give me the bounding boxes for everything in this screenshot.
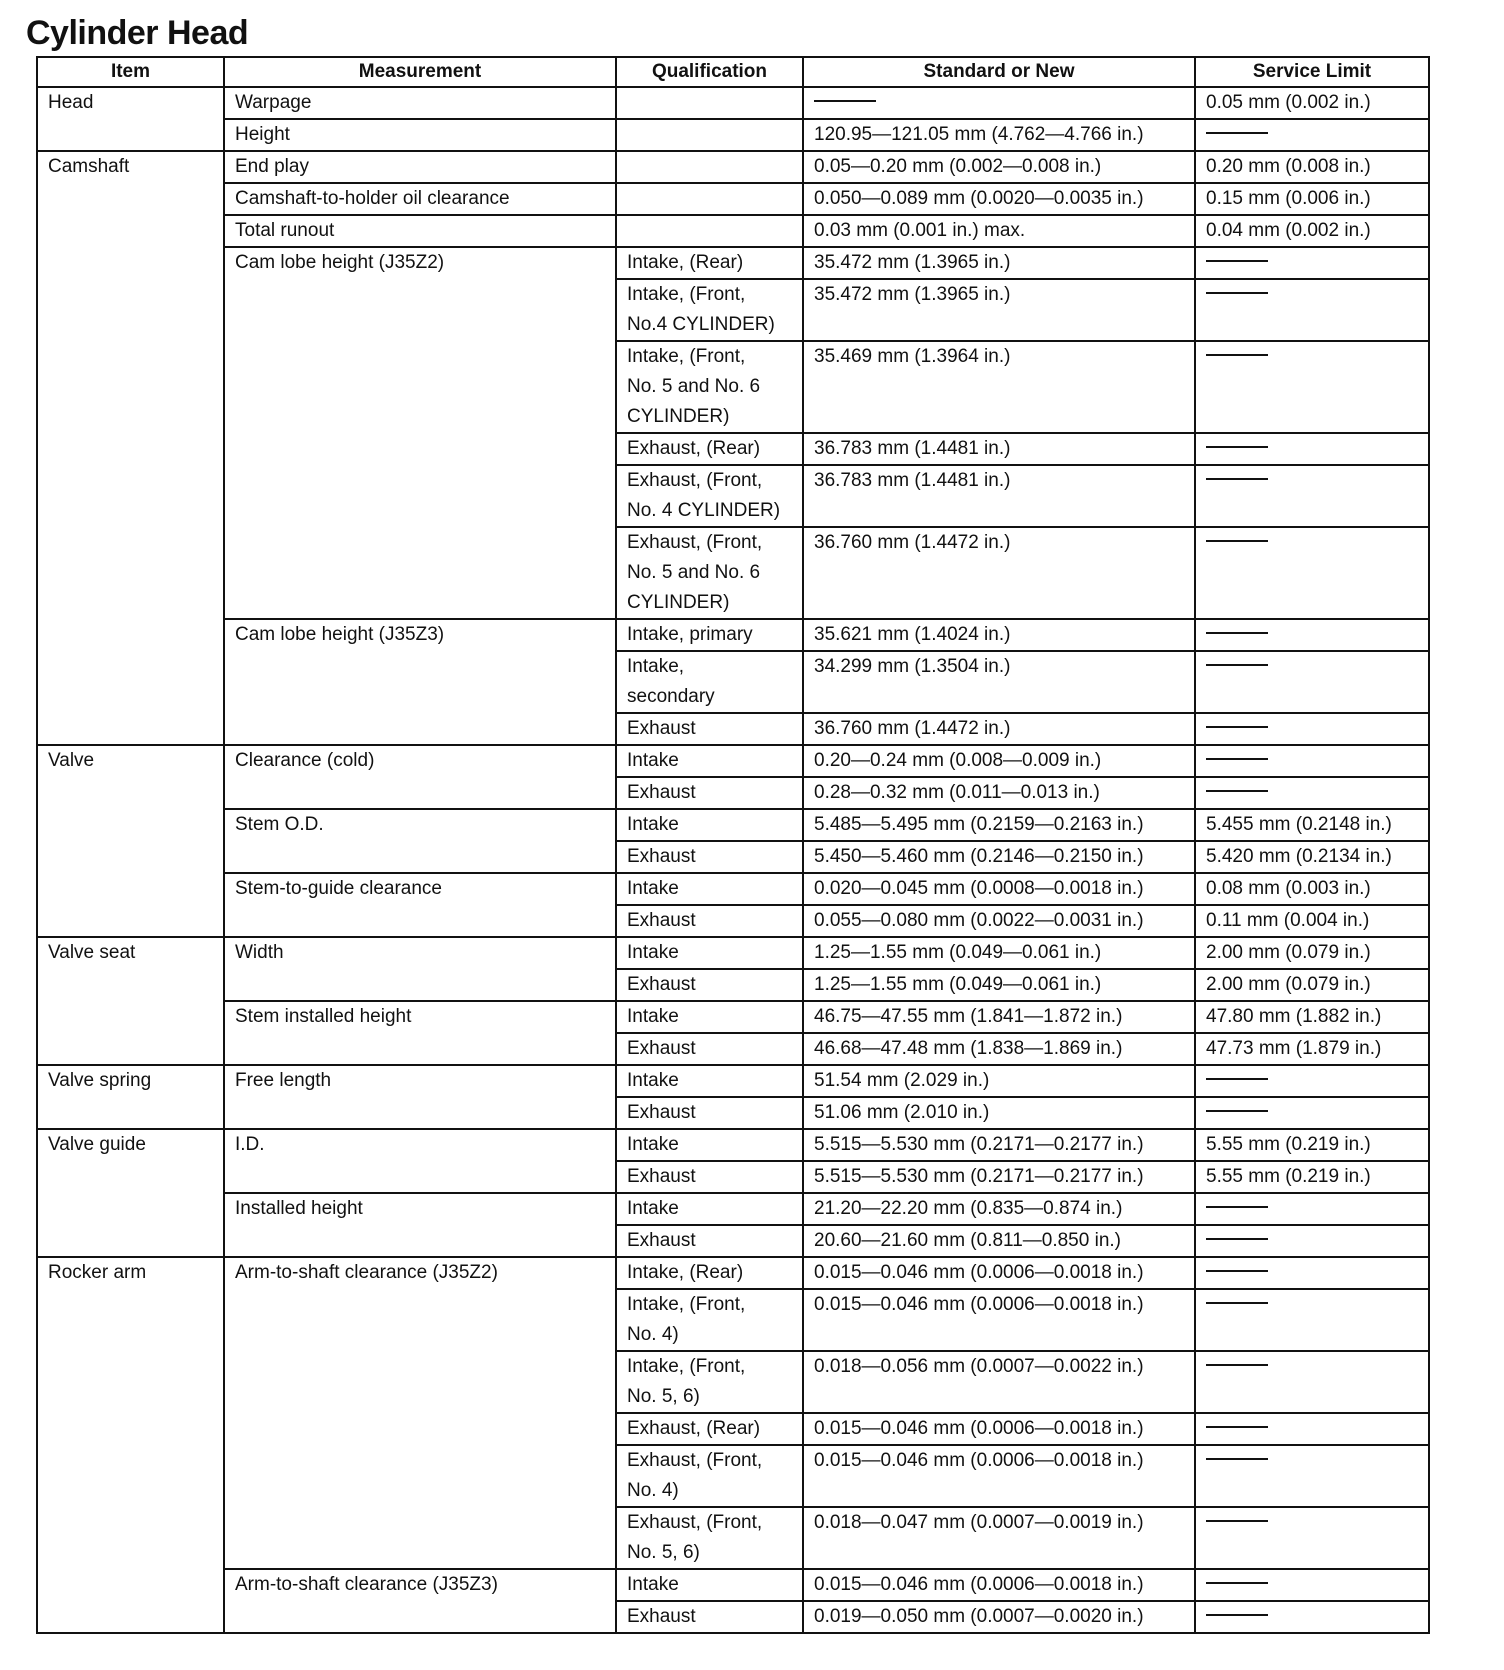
qualification-cell: Intake	[616, 1569, 803, 1601]
standard-cell: 5.515—5.530 mm (0.2171—0.2177 in.)	[803, 1161, 1195, 1193]
service-limit-cell	[1195, 1507, 1429, 1569]
table-row: Cam lobe height (J35Z2)Intake, (Rear)35.…	[37, 247, 1429, 279]
dash-placeholder	[1206, 1614, 1268, 1616]
dash-placeholder	[1206, 478, 1268, 480]
qualification-cell: Intake	[616, 1129, 803, 1161]
qualification-cell: Exhaust, (Front, No. 4)	[616, 1445, 803, 1507]
service-limit-cell	[1195, 651, 1429, 713]
table-row: Total runout0.03 mm (0.001 in.) max.0.04…	[37, 215, 1429, 247]
item-cell: Valve guide	[37, 1129, 224, 1257]
table-row: CamshaftEnd play0.05—0.20 mm (0.002—0.00…	[37, 151, 1429, 183]
dash-placeholder	[1206, 1364, 1268, 1366]
table-row: Stem O.D.Intake5.485—5.495 mm (0.2159—0.…	[37, 809, 1429, 841]
standard-cell: 0.015—0.046 mm (0.0006—0.0018 in.)	[803, 1413, 1195, 1445]
qualification-cell: Exhaust, (Front, No. 5, 6)	[616, 1507, 803, 1569]
service-limit-cell: 0.04 mm (0.002 in.)	[1195, 215, 1429, 247]
standard-cell: 35.621 mm (1.4024 in.)	[803, 619, 1195, 651]
measurement-cell: Stem installed height	[224, 1001, 616, 1065]
service-limit-cell: 0.08 mm (0.003 in.)	[1195, 873, 1429, 905]
service-limit-cell: 5.455 mm (0.2148 in.)	[1195, 809, 1429, 841]
standard-cell: 0.018—0.056 mm (0.0007—0.0022 in.)	[803, 1351, 1195, 1413]
standard-cell: 5.450—5.460 mm (0.2146—0.2150 in.)	[803, 841, 1195, 873]
measurement-cell: End play	[224, 151, 616, 183]
standard-cell: 35.469 mm (1.3964 in.)	[803, 341, 1195, 433]
header-measurement: Measurement	[224, 57, 616, 87]
measurement-cell: Stem O.D.	[224, 809, 616, 873]
qualification-cell: Intake, (Front, No. 5 and No. 6 CYLINDER…	[616, 341, 803, 433]
service-limit-cell	[1195, 1351, 1429, 1413]
standard-cell: 36.760 mm (1.4472 in.)	[803, 527, 1195, 619]
standard-cell: 120.95—121.05 mm (4.762—4.766 in.)	[803, 119, 1195, 151]
service-limit-cell	[1195, 527, 1429, 619]
measurement-cell: Camshaft-to-holder oil clearance	[224, 183, 616, 215]
qualification-cell	[616, 183, 803, 215]
dash-placeholder	[1206, 292, 1268, 294]
standard-cell: 46.68—47.48 mm (1.838—1.869 in.)	[803, 1033, 1195, 1065]
dash-placeholder	[1206, 1302, 1268, 1304]
service-limit-cell: 0.11 mm (0.004 in.)	[1195, 905, 1429, 937]
qualification-cell: Exhaust	[616, 713, 803, 745]
standard-cell: 0.015—0.046 mm (0.0006—0.0018 in.)	[803, 1569, 1195, 1601]
qualification-cell: Intake, primary	[616, 619, 803, 651]
table-row: Stem-to-guide clearanceIntake0.020—0.045…	[37, 873, 1429, 905]
dash-placeholder	[1206, 1582, 1268, 1584]
service-limit-cell: 5.420 mm (0.2134 in.)	[1195, 841, 1429, 873]
dash-placeholder	[1206, 1458, 1268, 1460]
qualification-cell	[616, 119, 803, 151]
item-cell: Valve seat	[37, 937, 224, 1065]
item-cell: Valve	[37, 745, 224, 937]
header-qualification: Qualification	[616, 57, 803, 87]
service-limit-cell	[1195, 279, 1429, 341]
item-cell: Head	[37, 87, 224, 151]
service-limit-cell	[1195, 619, 1429, 651]
dash-placeholder	[1206, 446, 1268, 448]
table-row: Valve guideI.D.Intake5.515—5.530 mm (0.2…	[37, 1129, 1429, 1161]
qualification-cell	[616, 151, 803, 183]
qualification-cell: Intake	[616, 809, 803, 841]
standard-cell: 5.515—5.530 mm (0.2171—0.2177 in.)	[803, 1129, 1195, 1161]
page-title: Cylinder Head	[26, 14, 248, 53]
service-limit-cell: 0.20 mm (0.008 in.)	[1195, 151, 1429, 183]
qualification-cell: Intake, (Rear)	[616, 1257, 803, 1289]
spec-table: Item Measurement Qualification Standard …	[36, 56, 1430, 1634]
item-cell: Camshaft	[37, 151, 224, 745]
measurement-cell: Warpage	[224, 87, 616, 119]
qualification-cell: Exhaust	[616, 1097, 803, 1129]
dash-placeholder	[1206, 354, 1268, 356]
item-cell: Valve spring	[37, 1065, 224, 1129]
dash-placeholder	[1206, 1206, 1268, 1208]
qualification-cell: Exhaust	[616, 1225, 803, 1257]
measurement-cell: Total runout	[224, 215, 616, 247]
standard-cell: 0.018—0.047 mm (0.0007—0.0019 in.)	[803, 1507, 1195, 1569]
service-limit-cell	[1195, 1413, 1429, 1445]
standard-cell	[803, 87, 1195, 119]
table-row: Height120.95—121.05 mm (4.762—4.766 in.)	[37, 119, 1429, 151]
qualification-cell: Exhaust	[616, 841, 803, 873]
standard-cell: 0.055—0.080 mm (0.0022—0.0031 in.)	[803, 905, 1195, 937]
qualification-cell: Exhaust, (Front, No. 4 CYLINDER)	[616, 465, 803, 527]
service-limit-cell	[1195, 1601, 1429, 1633]
qualification-cell: Intake	[616, 873, 803, 905]
table-row: Valve springFree lengthIntake51.54 mm (2…	[37, 1065, 1429, 1097]
standard-cell: 1.25—1.55 mm (0.049—0.061 in.)	[803, 969, 1195, 1001]
service-limit-cell: 47.73 mm (1.879 in.)	[1195, 1033, 1429, 1065]
measurement-cell: Installed height	[224, 1193, 616, 1257]
qualification-cell: Exhaust	[616, 777, 803, 809]
standard-cell: 0.015—0.046 mm (0.0006—0.0018 in.)	[803, 1257, 1195, 1289]
dash-placeholder	[1206, 1520, 1268, 1522]
table-row: Camshaft-to-holder oil clearance0.050—0.…	[37, 183, 1429, 215]
standard-cell: 21.20—22.20 mm (0.835—0.874 in.)	[803, 1193, 1195, 1225]
qualification-cell: Exhaust, (Rear)	[616, 1413, 803, 1445]
qualification-cell: Intake, (Front, No. 5, 6)	[616, 1351, 803, 1413]
table-row: ValveClearance (cold)Intake0.20—0.24 mm …	[37, 745, 1429, 777]
service-limit-cell	[1195, 1097, 1429, 1129]
standard-cell: 0.015—0.046 mm (0.0006—0.0018 in.)	[803, 1445, 1195, 1507]
service-limit-cell: 47.80 mm (1.882 in.)	[1195, 1001, 1429, 1033]
service-limit-cell	[1195, 713, 1429, 745]
header-item: Item	[37, 57, 224, 87]
table-row: Arm-to-shaft clearance (J35Z3)Intake0.01…	[37, 1569, 1429, 1601]
measurement-cell: Width	[224, 937, 616, 1001]
qualification-cell: Exhaust	[616, 1033, 803, 1065]
standard-cell: 0.20—0.24 mm (0.008—0.009 in.)	[803, 745, 1195, 777]
measurement-cell: Height	[224, 119, 616, 151]
service-limit-cell	[1195, 1193, 1429, 1225]
standard-cell: 36.783 mm (1.4481 in.)	[803, 465, 1195, 527]
service-limit-cell	[1195, 1065, 1429, 1097]
service-limit-cell	[1195, 247, 1429, 279]
qualification-cell: Exhaust	[616, 1161, 803, 1193]
item-cell: Rocker arm	[37, 1257, 224, 1633]
qualification-cell	[616, 87, 803, 119]
service-limit-cell: 5.55 mm (0.219 in.)	[1195, 1129, 1429, 1161]
qualification-cell: Intake	[616, 745, 803, 777]
dash-placeholder	[1206, 1238, 1268, 1240]
dash-placeholder	[1206, 1110, 1268, 1112]
qualification-cell: Intake, (Front, No. 4)	[616, 1289, 803, 1351]
standard-cell: 0.03 mm (0.001 in.) max.	[803, 215, 1195, 247]
standard-cell: 35.472 mm (1.3965 in.)	[803, 279, 1195, 341]
dash-placeholder	[1206, 664, 1268, 666]
qualification-cell	[616, 215, 803, 247]
standard-cell: 1.25—1.55 mm (0.049—0.061 in.)	[803, 937, 1195, 969]
dash-placeholder	[1206, 632, 1268, 634]
standard-cell: 36.783 mm (1.4481 in.)	[803, 433, 1195, 465]
standard-cell: 0.019—0.050 mm (0.0007—0.0020 in.)	[803, 1601, 1195, 1633]
standard-cell: 35.472 mm (1.3965 in.)	[803, 247, 1195, 279]
standard-cell: 0.015—0.046 mm (0.0006—0.0018 in.)	[803, 1289, 1195, 1351]
standard-cell: 46.75—47.55 mm (1.841—1.872 in.)	[803, 1001, 1195, 1033]
qualification-cell: Intake	[616, 1001, 803, 1033]
qualification-cell: Intake, secondary	[616, 651, 803, 713]
service-limit-cell: 2.00 mm (0.079 in.)	[1195, 937, 1429, 969]
table-row: Valve seatWidthIntake1.25—1.55 mm (0.049…	[37, 937, 1429, 969]
service-limit-cell	[1195, 433, 1429, 465]
measurement-cell: Free length	[224, 1065, 616, 1129]
service-limit-cell	[1195, 1445, 1429, 1507]
dash-placeholder	[1206, 540, 1268, 542]
service-limit-cell	[1195, 119, 1429, 151]
dash-placeholder	[1206, 1270, 1268, 1272]
dash-placeholder	[1206, 260, 1268, 262]
standard-cell: 5.485—5.495 mm (0.2159—0.2163 in.)	[803, 809, 1195, 841]
standard-cell: 51.54 mm (2.029 in.)	[803, 1065, 1195, 1097]
service-limit-cell	[1195, 1289, 1429, 1351]
service-limit-cell	[1195, 745, 1429, 777]
qualification-cell: Exhaust	[616, 1601, 803, 1633]
qualification-cell: Intake, (Front, No.4 CYLINDER)	[616, 279, 803, 341]
standard-cell: 0.05—0.20 mm (0.002—0.008 in.)	[803, 151, 1195, 183]
table-row: HeadWarpage0.05 mm (0.002 in.)	[37, 87, 1429, 119]
qualification-cell: Exhaust, (Front, No. 5 and No. 6 CYLINDE…	[616, 527, 803, 619]
service-limit-cell	[1195, 465, 1429, 527]
table-row: Cam lobe height (J35Z3)Intake, primary35…	[37, 619, 1429, 651]
table-row: Stem installed heightIntake46.75—47.55 m…	[37, 1001, 1429, 1033]
standard-cell: 51.06 mm (2.010 in.)	[803, 1097, 1195, 1129]
standard-cell: 36.760 mm (1.4472 in.)	[803, 713, 1195, 745]
measurement-cell: Cam lobe height (J35Z3)	[224, 619, 616, 745]
header-standard: Standard or New	[803, 57, 1195, 87]
qualification-cell: Intake	[616, 937, 803, 969]
dash-placeholder	[1206, 132, 1268, 134]
dash-placeholder	[1206, 1078, 1268, 1080]
dash-placeholder	[1206, 726, 1268, 728]
dash-placeholder	[1206, 758, 1268, 760]
measurement-cell: Clearance (cold)	[224, 745, 616, 809]
dash-placeholder	[1206, 1426, 1268, 1428]
header-service-limit: Service Limit	[1195, 57, 1429, 87]
measurement-cell: Cam lobe height (J35Z2)	[224, 247, 616, 619]
service-limit-cell: 2.00 mm (0.079 in.)	[1195, 969, 1429, 1001]
qualification-cell: Exhaust	[616, 969, 803, 1001]
standard-cell: 0.020—0.045 mm (0.0008—0.0018 in.)	[803, 873, 1195, 905]
spec-body: HeadWarpage0.05 mm (0.002 in.)Height120.…	[37, 87, 1429, 1633]
qualification-cell: Exhaust	[616, 905, 803, 937]
table-row: Installed heightIntake21.20—22.20 mm (0.…	[37, 1193, 1429, 1225]
service-limit-cell	[1195, 1257, 1429, 1289]
qualification-cell: Intake	[616, 1193, 803, 1225]
service-limit-cell: 0.05 mm (0.002 in.)	[1195, 87, 1429, 119]
table-row: Rocker armArm-to-shaft clearance (J35Z2)…	[37, 1257, 1429, 1289]
measurement-cell: Stem-to-guide clearance	[224, 873, 616, 937]
service-limit-cell	[1195, 777, 1429, 809]
standard-cell: 0.28—0.32 mm (0.011—0.013 in.)	[803, 777, 1195, 809]
standard-cell: 0.050—0.089 mm (0.0020—0.0035 in.)	[803, 183, 1195, 215]
measurement-cell: Arm-to-shaft clearance (J35Z3)	[224, 1569, 616, 1633]
service-limit-cell: 0.15 mm (0.006 in.)	[1195, 183, 1429, 215]
service-limit-cell	[1195, 1569, 1429, 1601]
measurement-cell: I.D.	[224, 1129, 616, 1193]
dash-placeholder	[814, 100, 876, 102]
dash-placeholder	[1206, 790, 1268, 792]
standard-cell: 34.299 mm (1.3504 in.)	[803, 651, 1195, 713]
service-limit-cell	[1195, 1225, 1429, 1257]
qualification-cell: Intake, (Rear)	[616, 247, 803, 279]
service-limit-cell: 5.55 mm (0.219 in.)	[1195, 1161, 1429, 1193]
measurement-cell: Arm-to-shaft clearance (J35Z2)	[224, 1257, 616, 1569]
qualification-cell: Intake	[616, 1065, 803, 1097]
service-limit-cell	[1195, 341, 1429, 433]
header-row: Item Measurement Qualification Standard …	[37, 57, 1429, 87]
qualification-cell: Exhaust, (Rear)	[616, 433, 803, 465]
standard-cell: 20.60—21.60 mm (0.811—0.850 in.)	[803, 1225, 1195, 1257]
